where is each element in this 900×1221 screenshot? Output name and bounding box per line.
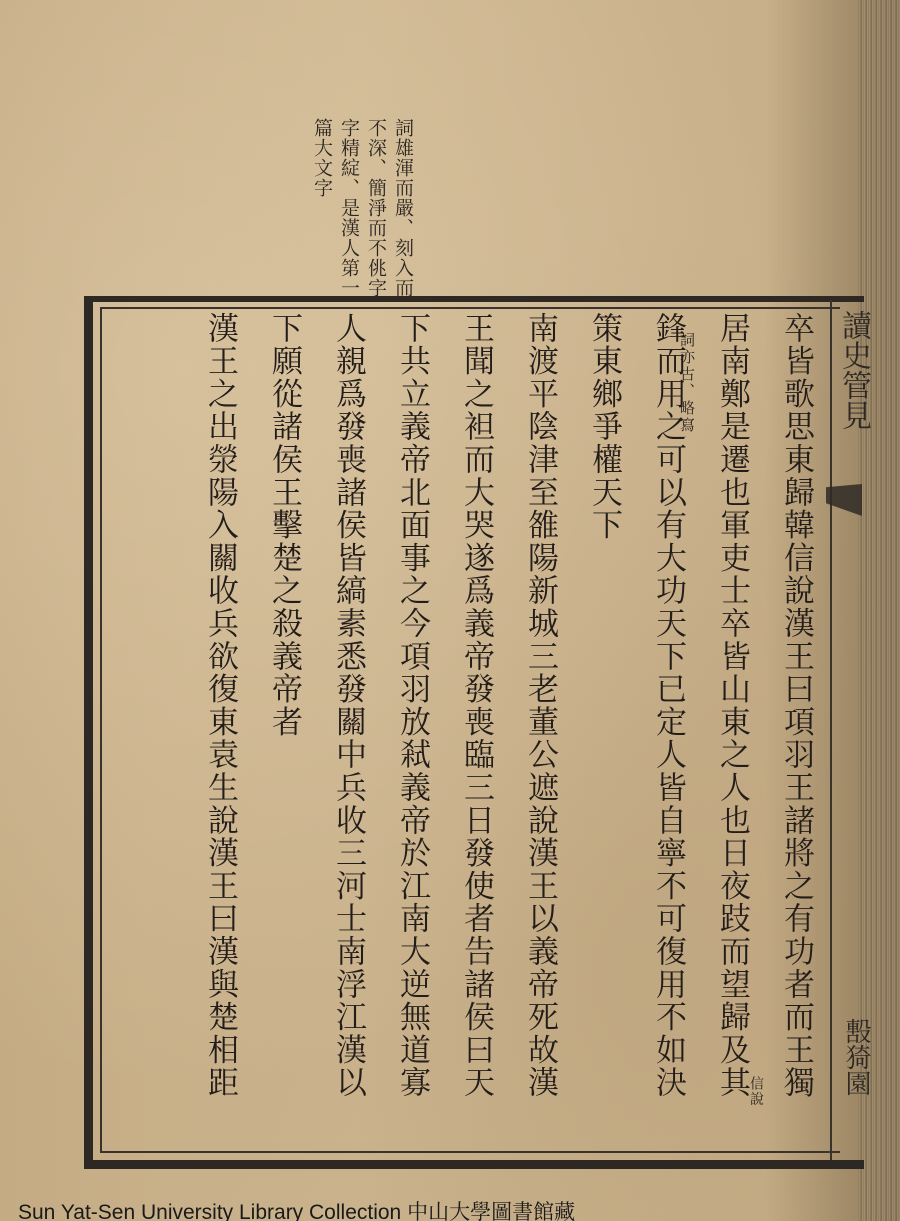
column-text: 王聞之袒而大哭遂爲義帝發喪臨三日發使者告諸侯曰天 (458, 312, 494, 1099)
text-column: 策東鄉爭權天下 (572, 312, 636, 1142)
banxin-bottom-mark: 毄猗園 (842, 1018, 870, 1096)
margin-commentary-line: 詞雄渾而嚴、刻入而 (389, 118, 416, 318)
column-text: 南渡平陰津至雒陽新城三老董公遮說漢王以義帝死故漢 (522, 312, 558, 1099)
column-text: 卒皆歌思東歸韓信說漢王曰項羽王諸將之有功者而王獨 (778, 312, 814, 1099)
text-column: 鋒而用之可以有大功天下已定人皆自寧不可復用不如決 (636, 312, 700, 1142)
banxin-divider (830, 300, 832, 1160)
text-column: 下願從諸侯王擊楚之殺義帝者 (252, 312, 316, 1142)
text-column: 漢王之出滎陽入關收兵欲復東袁生說漢王曰漢與楚相距 (188, 312, 252, 1142)
margin-commentary-line: 不深、簡淨而不佻字 (362, 118, 389, 318)
margin-commentary-line: 字精綻、是漢人第一 (335, 118, 362, 318)
text-column: 居南鄭是遷也軍吏士卒皆山東之人也日夜跂而望歸及其 詞亦古、略寫 (700, 312, 764, 1142)
margin-commentary-line: 篇大文字 (308, 118, 335, 318)
column-text: 鋒而用之可以有大功天下已定人皆自寧不可復用不如決 (650, 312, 686, 1099)
text-column: 人親爲發喪諸侯皆縞素悉發關中兵收三河士南浮江漢以 (316, 312, 380, 1142)
text-column: 南渡平陰津至雒陽新城三老董公遮說漢王以義帝死故漢 (508, 312, 572, 1142)
text-column: 下共立義帝北面事之今項羽放弒義帝於江南大逆無道寡 (380, 312, 444, 1142)
column-text: 人親爲發喪諸侯皆縞素悉發關中兵收三河士南浮江漢以 (330, 312, 366, 1099)
collection-watermark: Sun Yat-Sen University Library Collectio… (18, 1196, 575, 1221)
column-text: 下願從諸侯王擊楚之殺義帝者 (266, 312, 302, 738)
margin-commentary: 詞雄渾而嚴、刻入而 不深、簡淨而不佻字 字精綻、是漢人第一 篇大文字 (308, 118, 416, 318)
text-column: 卒皆歌思東歸韓信說漢王曰項羽王諸將之有功者而王獨 信說 (764, 312, 828, 1142)
text-column: 王聞之袒而大哭遂爲義帝發喪臨三日發使者告諸侯曰天 (444, 312, 508, 1142)
banxin-title: 讀史管見 (838, 310, 868, 430)
column-text: 居南鄭是遷也軍吏士卒皆山東之人也日夜跂而望歸及其 (714, 312, 750, 1099)
column-text: 漢王之出滎陽入關收兵欲復東袁生說漢王曰漢與楚相距 (202, 312, 238, 1099)
column-text: 策東鄉爭權天下 (586, 312, 622, 542)
column-text: 下共立義帝北面事之今項羽放弒義帝於江南大逆無道寡 (394, 312, 430, 1099)
text-columns: 卒皆歌思東歸韓信說漢王曰項羽王諸將之有功者而王獨 信說 居南鄭是遷也軍吏士卒皆山… (108, 312, 828, 1152)
